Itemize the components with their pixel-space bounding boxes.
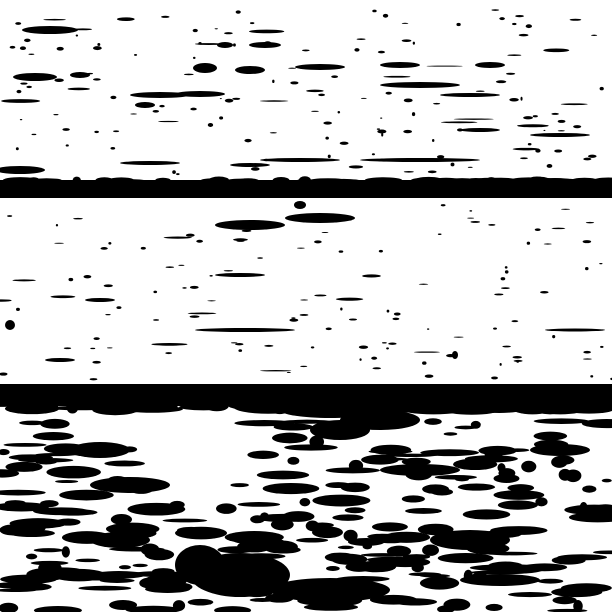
wood-plank-texture [0, 0, 612, 612]
